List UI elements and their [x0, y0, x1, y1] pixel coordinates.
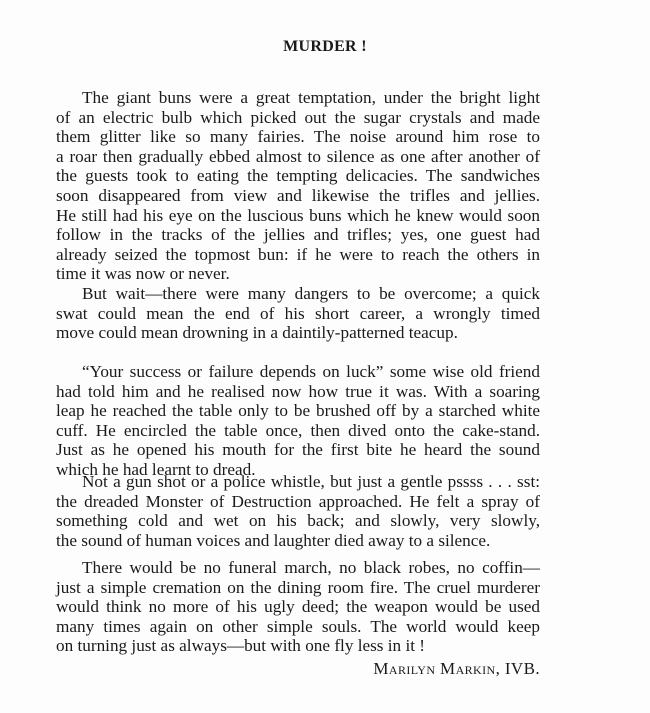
text-line: the sound of human voices and laughter d…	[56, 531, 540, 551]
text-line: a roar then gradually ebbed almost to si…	[56, 147, 540, 167]
document-page: MURDER ! The giant buns were a great tem…	[0, 0, 650, 713]
text-line: many times again on other simple souls. …	[56, 617, 540, 637]
text-line: had told him and he realised now how tru…	[56, 382, 540, 402]
text-line: already seized the topmost bun: if he we…	[56, 245, 540, 265]
text-line: He still had his eye on the luscious bun…	[56, 206, 540, 226]
text-line: There would be no funeral march, no blac…	[56, 558, 540, 578]
text-line: them glitter like so many fairies. The n…	[56, 127, 540, 147]
page-title: MURDER !	[0, 38, 650, 56]
text-line: “Your success or failure depends on luck…	[56, 362, 540, 382]
text-line: The giant buns were a great temptation, …	[56, 88, 540, 108]
author-signature: Marilyn Markin, IVB.	[373, 659, 540, 679]
paragraph-2: But wait—there were many dangers to be o…	[56, 284, 540, 343]
text-line: soon disappeared from view and likewise …	[56, 186, 540, 206]
paragraph-5: There would be no funeral march, no blac…	[56, 558, 540, 656]
text-line: Not a gun shot or a police whistle, but …	[56, 472, 540, 492]
text-line: the dreaded Monster of Destruction appro…	[56, 492, 540, 512]
text-line: cuff. He encircled the table once, then …	[56, 421, 540, 441]
text-line: But wait—there were many dangers to be o…	[56, 284, 540, 304]
text-line: Just as he opened his mouth for the firs…	[56, 440, 540, 460]
paragraph-4: Not a gun shot or a police whistle, but …	[56, 472, 540, 550]
text-line: swat could mean the end of his short car…	[56, 304, 540, 324]
text-line: of an electric bulb which picked out the…	[56, 108, 540, 128]
text-line: the guests took to eating the tempting d…	[56, 166, 540, 186]
text-line: follow in the tracks of the jellies and …	[56, 225, 540, 245]
text-line: time it was now or never.	[56, 264, 540, 284]
text-line: move could mean drowning in a daintily-p…	[56, 323, 540, 343]
text-line: just a simple cremation on the dining ro…	[56, 578, 540, 598]
text-line: leap he reached the table only to be bru…	[56, 401, 540, 421]
text-line: something cold and wet on his back; and …	[56, 511, 540, 531]
paragraph-1: The giant buns were a great temptation, …	[56, 88, 540, 284]
text-line: on turning just as always—but with one f…	[56, 636, 540, 656]
text-line: would think no more of his ugly deed; th…	[56, 597, 540, 617]
paragraph-3: “Your success or failure depends on luck…	[56, 362, 540, 480]
